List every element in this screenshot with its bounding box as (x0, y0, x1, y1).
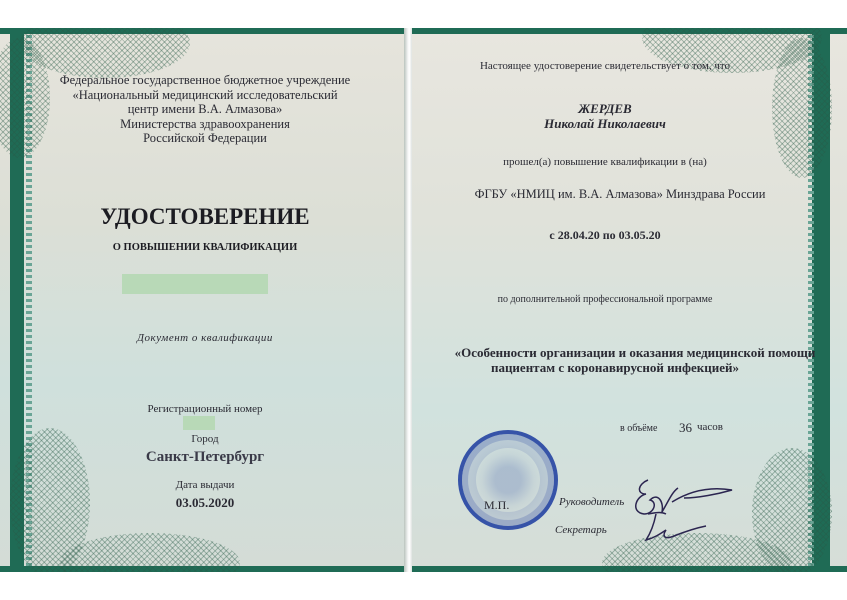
institution-line: Российской Федерации (30, 131, 380, 146)
recipient-given-names: Николай Николаевич (440, 116, 770, 132)
issue-date-label: Дата выдачи (20, 479, 390, 491)
city-label: Город (20, 433, 390, 445)
completion-statement: прошел(а) повышение квалификации в (на) (440, 156, 770, 168)
organization-name: ФГБУ «НМИЦ им. В.А. Алмазова» Минздрава … (430, 187, 810, 202)
institution-line: Федеральное государственное бюджетное уч… (30, 73, 380, 88)
volume-label: в объёме (620, 423, 657, 434)
guilloche-ornament-bottom (60, 533, 240, 572)
secretary-signature (640, 508, 720, 548)
official-seal-stamp (458, 430, 558, 530)
secretary-signature-label: Секретарь (555, 524, 607, 536)
document-subtitle: О ПОВЫШЕНИИ КВАЛИФИКАЦИИ (20, 242, 390, 253)
redacted-registration-number (183, 416, 215, 430)
volume-hours: 36 (679, 420, 692, 436)
program-title-line: «Особенности организации и оказания меди… (405, 345, 847, 360)
head-signature-label: Руководитель (559, 496, 624, 508)
program-label: по дополнительной профессиональной прогр… (440, 294, 770, 305)
document-title: УДОСТОВЕРЕНИЕ (20, 204, 390, 230)
registration-number-label: Регистрационный номер (20, 403, 390, 415)
document-type: Документ о квалификации (20, 332, 390, 344)
volume-unit: часов (697, 421, 723, 433)
program-title: «Особенности организации и оказания меди… (425, 345, 847, 375)
institution-line: центр имени В.А. Алмазова» (30, 102, 380, 117)
institution-line: Министерства здравоохранения (30, 117, 380, 132)
seal-placeholder-label: М.П. (484, 498, 509, 513)
institution-name: Федеральное государственное бюджетное уч… (30, 73, 380, 146)
institution-line: «Национальный медицинский исследовательс… (30, 88, 380, 103)
guilloche-ornament-right (772, 38, 832, 178)
intro-text: Настоящее удостоверение свидетельствует … (440, 60, 770, 72)
city-value: Санкт-Петербург (20, 449, 390, 466)
recipient-surname: ЖЕРДЕВ (440, 101, 770, 117)
issue-date-value: 03.05.2020 (20, 495, 390, 511)
redacted-series-number (122, 274, 268, 294)
program-title-line: пациентам с коронавирусной инфекцией» (365, 360, 847, 375)
training-period: с 28.04.20 по 03.05.20 (440, 228, 770, 243)
